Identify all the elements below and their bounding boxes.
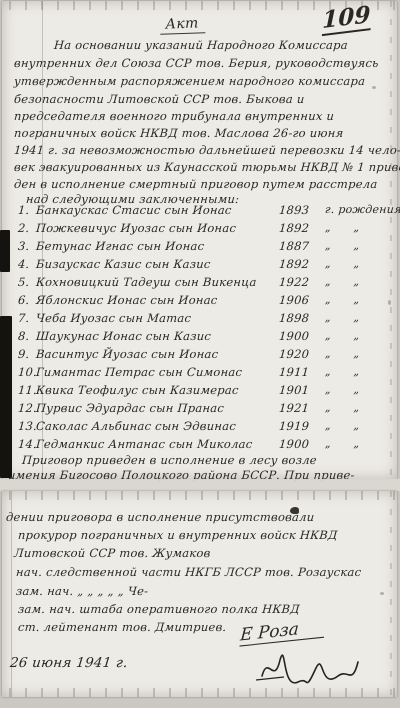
prisoner-name: Пурвис Эдуардас сын Пранас xyxy=(36,401,280,415)
prisoner-row-tail: „ „ xyxy=(325,275,392,289)
scan-artifact-strip xyxy=(0,230,10,272)
prisoner-birth-year: 1922 xyxy=(279,275,326,289)
prisoner-number: 8. xyxy=(18,329,37,343)
prisoner-row-tail: „ „ xyxy=(325,437,392,451)
prisoner-number: 6. xyxy=(18,293,37,307)
prisoner-birth-year: 1921 xyxy=(279,401,326,415)
prisoner-number: 10. xyxy=(18,365,37,379)
prisoner-row: 13. Саколас Альбинас сын Эдвинас 1919 „ … xyxy=(18,419,392,433)
signature-rozauskas: Е Роза xyxy=(240,621,325,642)
prisoner-row: 14. Гедманкис Антанас сын Миколас 1900 „… xyxy=(18,437,392,451)
prisoner-name: Кохновицкий Тадеуш сын Викенца xyxy=(36,275,280,289)
prisoner-row-tail: г. рождения, xyxy=(325,203,392,217)
scan-gap xyxy=(0,479,400,491)
prisoner-row: 5. Кохновицкий Тадеуш сын Викенца 1922 „… xyxy=(18,275,392,289)
prisoner-birth-year: 1898 xyxy=(279,311,326,325)
prisoner-row: 1. Банкаускас Стасис сын Ионас 1893 г. р… xyxy=(18,203,392,217)
prisoner-name: Чеба Иуозас сын Матас xyxy=(36,311,280,325)
scanned-document-page: 109 Акт На основании указаний Народного … xyxy=(0,0,400,708)
prisoner-row-tail: „ „ xyxy=(325,419,392,433)
prisoner-name: Бизаускас Казис сын Казис xyxy=(36,257,280,271)
attestation-line: нач. следственной части НКГБ ЛССР тов. Р… xyxy=(16,566,392,579)
graph-paper-ticks-top xyxy=(2,491,397,500)
prisoner-row-tail: „ „ xyxy=(325,239,392,253)
prisoner-number: 2. xyxy=(18,221,37,235)
scan-speck xyxy=(372,86,376,89)
prisoner-row: 6. Яблонскис Ионас сын Ионас 1906 „ „ xyxy=(18,293,392,307)
prisoner-row: 2. Пожкевичус Иуозас сын Ионас 1892 „ „ xyxy=(18,221,392,235)
intro-line: ден в исполнение смертный приговор путем… xyxy=(14,178,392,191)
prisoner-number: 14. xyxy=(18,437,37,451)
prisoner-row-tail: „ „ xyxy=(325,401,392,415)
attestation-line: Литовской ССР тов. Жумаков xyxy=(14,547,392,560)
prisoner-name: Яблонскис Ионас сын Ионас xyxy=(36,293,280,307)
prisoner-name: Банкаускас Стасис сын Ионас xyxy=(36,203,280,217)
attestation-line: зам. нач. штаба оперативного полка НКВД xyxy=(18,603,392,616)
prisoner-name: Квика Теофилус сын Казимерас xyxy=(36,383,280,397)
prisoner-birth-year: 1887 xyxy=(279,239,326,253)
prisoner-number: 5. xyxy=(18,275,37,289)
prisoner-number: 7. xyxy=(18,311,37,325)
scan-fragment-top: 109 Акт На основании указаний Народного … xyxy=(2,1,397,479)
prisoner-row: 12. Пурвис Эдуардас сын Пранас 1921 „ „ xyxy=(18,401,392,415)
prisoner-name: Бетунас Игнас сын Ионас xyxy=(36,239,280,253)
prisoner-name: Шаукунас Ионас сын Казис xyxy=(36,329,280,343)
prisoner-row: 3. Бетунас Игнас сын Ионас 1887 „ „ xyxy=(18,239,392,253)
intro-line: председателя военного трибунала внутренн… xyxy=(14,110,392,123)
intro-line: 1941 г. за невозможностью дальнейшей пер… xyxy=(14,144,392,157)
attestation-line: дении приговора в исполнение присутствов… xyxy=(6,511,392,524)
prisoner-name: Пожкевичус Иуозас сын Ионас xyxy=(36,221,280,235)
attestation-line: прокурор пограничных и внутренних войск … xyxy=(18,529,392,542)
intro-line: безопасности Литовской ССР тов. Быкова и xyxy=(14,93,392,106)
document-date: 26 июня 1941 г. xyxy=(9,655,128,671)
scan-speck xyxy=(388,300,391,305)
scan-fragment-bottom: дении приговора в исполнение присутствов… xyxy=(2,491,397,697)
intro-line: внутренних дел Союза ССР тов. Берия, рук… xyxy=(14,57,392,70)
prisoner-number: 12. xyxy=(18,401,37,415)
prisoner-name: Васинтус Йуозас сын Ионас xyxy=(36,347,280,361)
prisoner-row: 8. Шаукунас Ионас сын Казис 1900 „ „ xyxy=(18,329,392,343)
scan-artifact-strip xyxy=(0,316,12,478)
document-title: Акт xyxy=(122,14,242,34)
attestation-line: ст. лейтенант тов. Дмитриев. xyxy=(18,621,392,634)
prisoner-row: 10. Гимантас Петрас сын Симонас 1911 „ „ xyxy=(18,365,392,379)
prisoner-birth-year: 1900 xyxy=(279,329,326,343)
prisoner-birth-year: 1919 xyxy=(279,419,326,433)
prisoner-number: 9. xyxy=(18,347,37,361)
prisoner-birth-year: 1900 xyxy=(279,437,326,451)
prisoner-row-tail: „ „ xyxy=(325,293,392,307)
prisoner-number: 1. xyxy=(18,203,37,217)
prisoner-number: 13. xyxy=(18,419,37,433)
prisoner-row-tail: „ „ xyxy=(325,329,392,343)
prisoner-birth-year: 1893 xyxy=(279,203,326,217)
prisoner-row-tail: „ „ xyxy=(325,365,392,379)
prisoner-birth-year: 1901 xyxy=(279,383,326,397)
closing-line: Приговор приведен в исполнение в лесу во… xyxy=(22,454,392,467)
prisoner-name: Саколас Альбинас сын Эдвинас xyxy=(36,419,280,433)
attestation-line: зам. нач. „ „ „ „ „ Че- xyxy=(16,585,392,598)
prisoner-birth-year: 1892 xyxy=(279,221,326,235)
prisoner-row: 4. Бизаускас Казис сын Казис 1892 „ „ xyxy=(18,257,392,271)
signature-rozauskas-text: Е Роза xyxy=(239,616,325,646)
intro-line: утвержденным распоряжением народного ком… xyxy=(14,75,392,88)
prisoner-birth-year: 1920 xyxy=(279,347,326,361)
intro-line: пограничных войск НКВД тов. Маслова 26-г… xyxy=(14,127,392,140)
prisoner-birth-year: 1906 xyxy=(279,293,326,307)
prisoner-row-tail: „ „ xyxy=(325,221,392,235)
prisoner-row-tail: „ „ xyxy=(325,311,392,325)
prisoner-number: 4. xyxy=(18,257,37,271)
prisoner-row: 9. Васинтус Йуозас сын Ионас 1920 „ „ xyxy=(18,347,392,361)
prisoner-row: 11. Квика Теофилус сын Казимерас 1901 „ … xyxy=(18,383,392,397)
scan-speck xyxy=(380,592,384,595)
prisoner-number: 11. xyxy=(18,383,37,397)
prisoner-name: Гимантас Петрас сын Симонас xyxy=(36,365,280,379)
prisoner-birth-year: 1892 xyxy=(279,257,326,271)
intro-line: На основании указаний Народного Комиссар… xyxy=(54,39,392,52)
prisoner-row-tail: „ „ xyxy=(325,383,392,397)
prisoner-name: Гедманкис Антанас сын Миколас xyxy=(36,437,280,451)
prisoner-row-tail: „ „ xyxy=(325,257,392,271)
document-title-text: Акт xyxy=(159,15,205,35)
prisoner-row: 7. Чеба Иуозас сын Матас 1898 „ „ xyxy=(18,311,392,325)
prisoner-birth-year: 1911 xyxy=(279,365,326,379)
intro-line: век эвакуированных из Каунасской тюрьмы … xyxy=(14,161,392,174)
prisoner-number: 3. xyxy=(18,239,37,253)
prisoner-row-tail: „ „ xyxy=(325,347,392,361)
page-number: 109 xyxy=(322,1,371,36)
graph-paper-ticks-bottom xyxy=(2,688,397,697)
